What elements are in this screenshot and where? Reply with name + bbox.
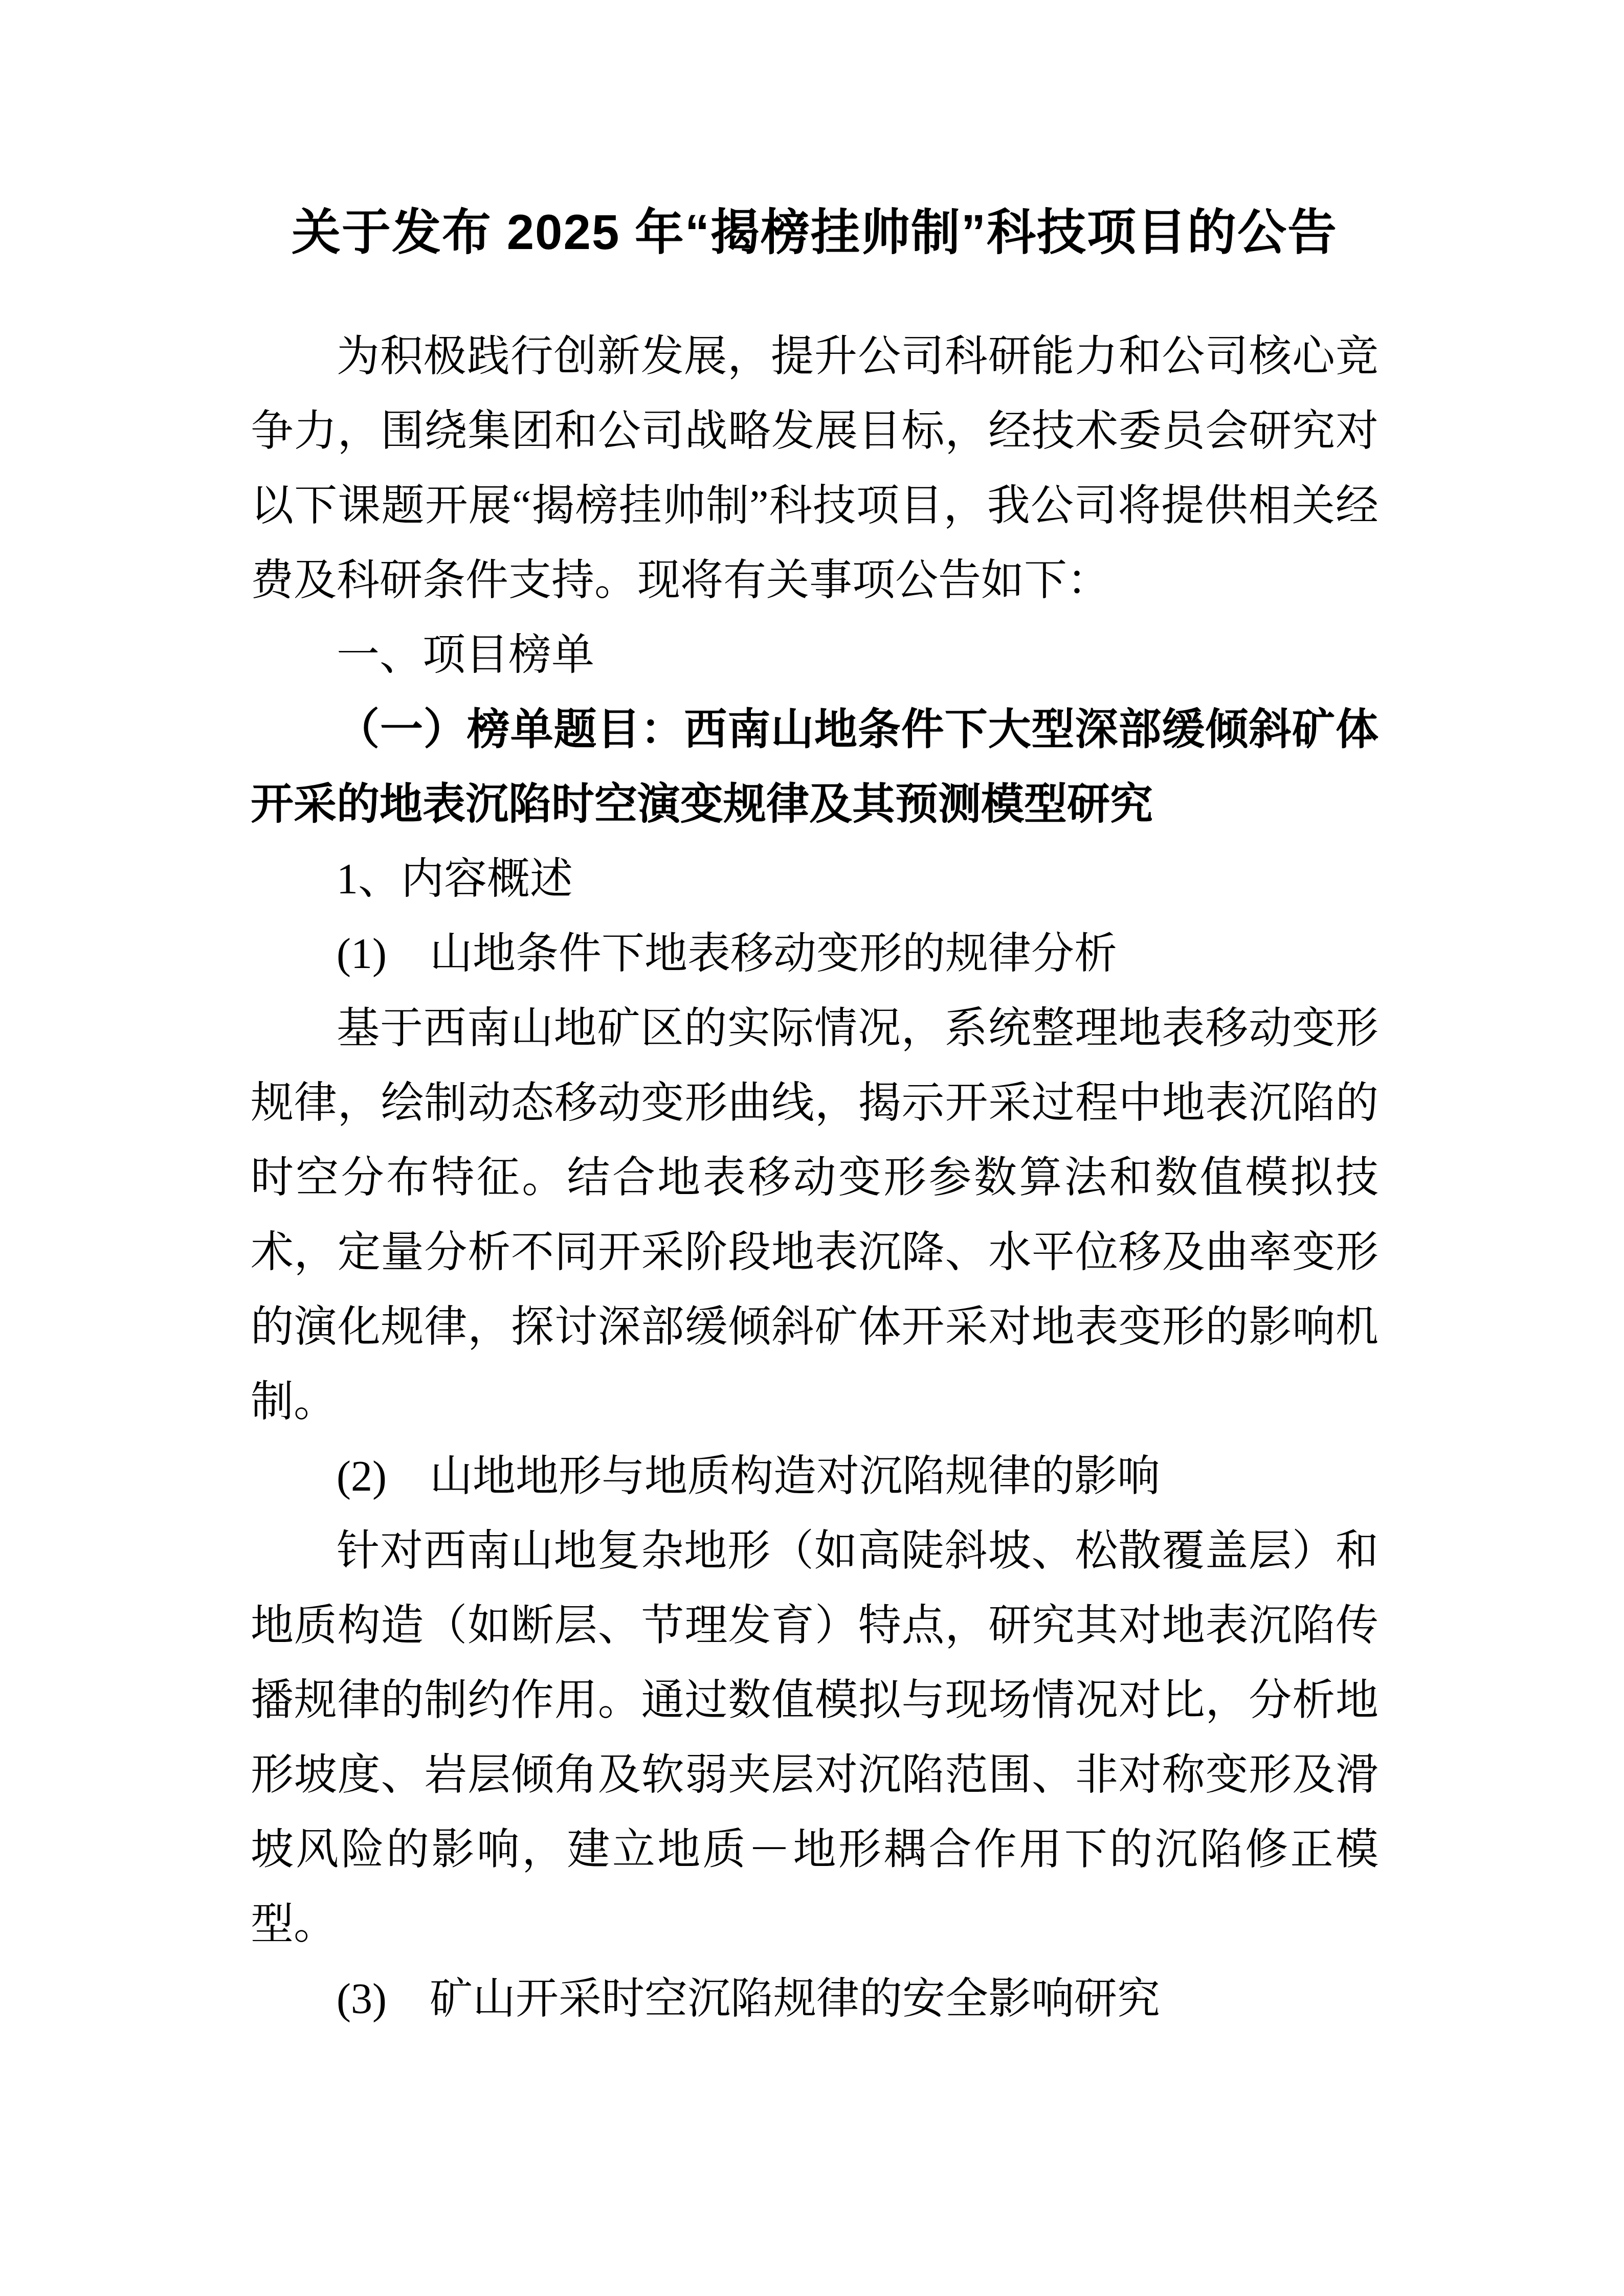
item-1-heading: (1) 山地条件下地表移动变形的规律分析 bbox=[251, 917, 1378, 992]
document-page: 关于发布 2025 年“揭榜挂帅制”科技项目的公告 为积极践行创新发展，提升公司… bbox=[0, 0, 1624, 2296]
intro-paragraph: 为积极践行创新发展，提升公司科研能力和公司核心竞争力，围绕集团和公司战略发展目标… bbox=[251, 320, 1378, 618]
section-1-heading: 一、项目榜单 bbox=[251, 618, 1378, 693]
item-2-heading: (2) 山地地形与地质构造对沉陷规律的影响 bbox=[251, 1439, 1378, 1514]
document-body: 为积极践行创新发展，提升公司科研能力和公司核心竞争力，围绕集团和公司战略发展目标… bbox=[251, 320, 1378, 2037]
item-2-body: 针对西南山地复杂地形（如高陡斜坡、松散覆盖层）和地质构造（如断层、节理发育）特点… bbox=[251, 1514, 1378, 1962]
page: { "page": { "width_px": 3175, "height_px… bbox=[0, 0, 1624, 2296]
item-1-body: 基于西南山地矿区的实际情况，系统整理地表移动变形规律，绘制动态移动变形曲线，揭示… bbox=[251, 992, 1378, 1439]
list-1-title: （一）榜单题目：西南山地条件下大型深部缓倾斜矿体开采的地表沉陷时空演变规律及其预… bbox=[251, 693, 1378, 842]
document-title: 关于发布 2025 年“揭榜挂帅制”科技项目的公告 bbox=[251, 199, 1378, 266]
content-overview-heading: 1、内容概述 bbox=[251, 842, 1378, 917]
item-3-heading: (3) 矿山开采时空沉陷规律的安全影响研究 bbox=[251, 1962, 1378, 2037]
